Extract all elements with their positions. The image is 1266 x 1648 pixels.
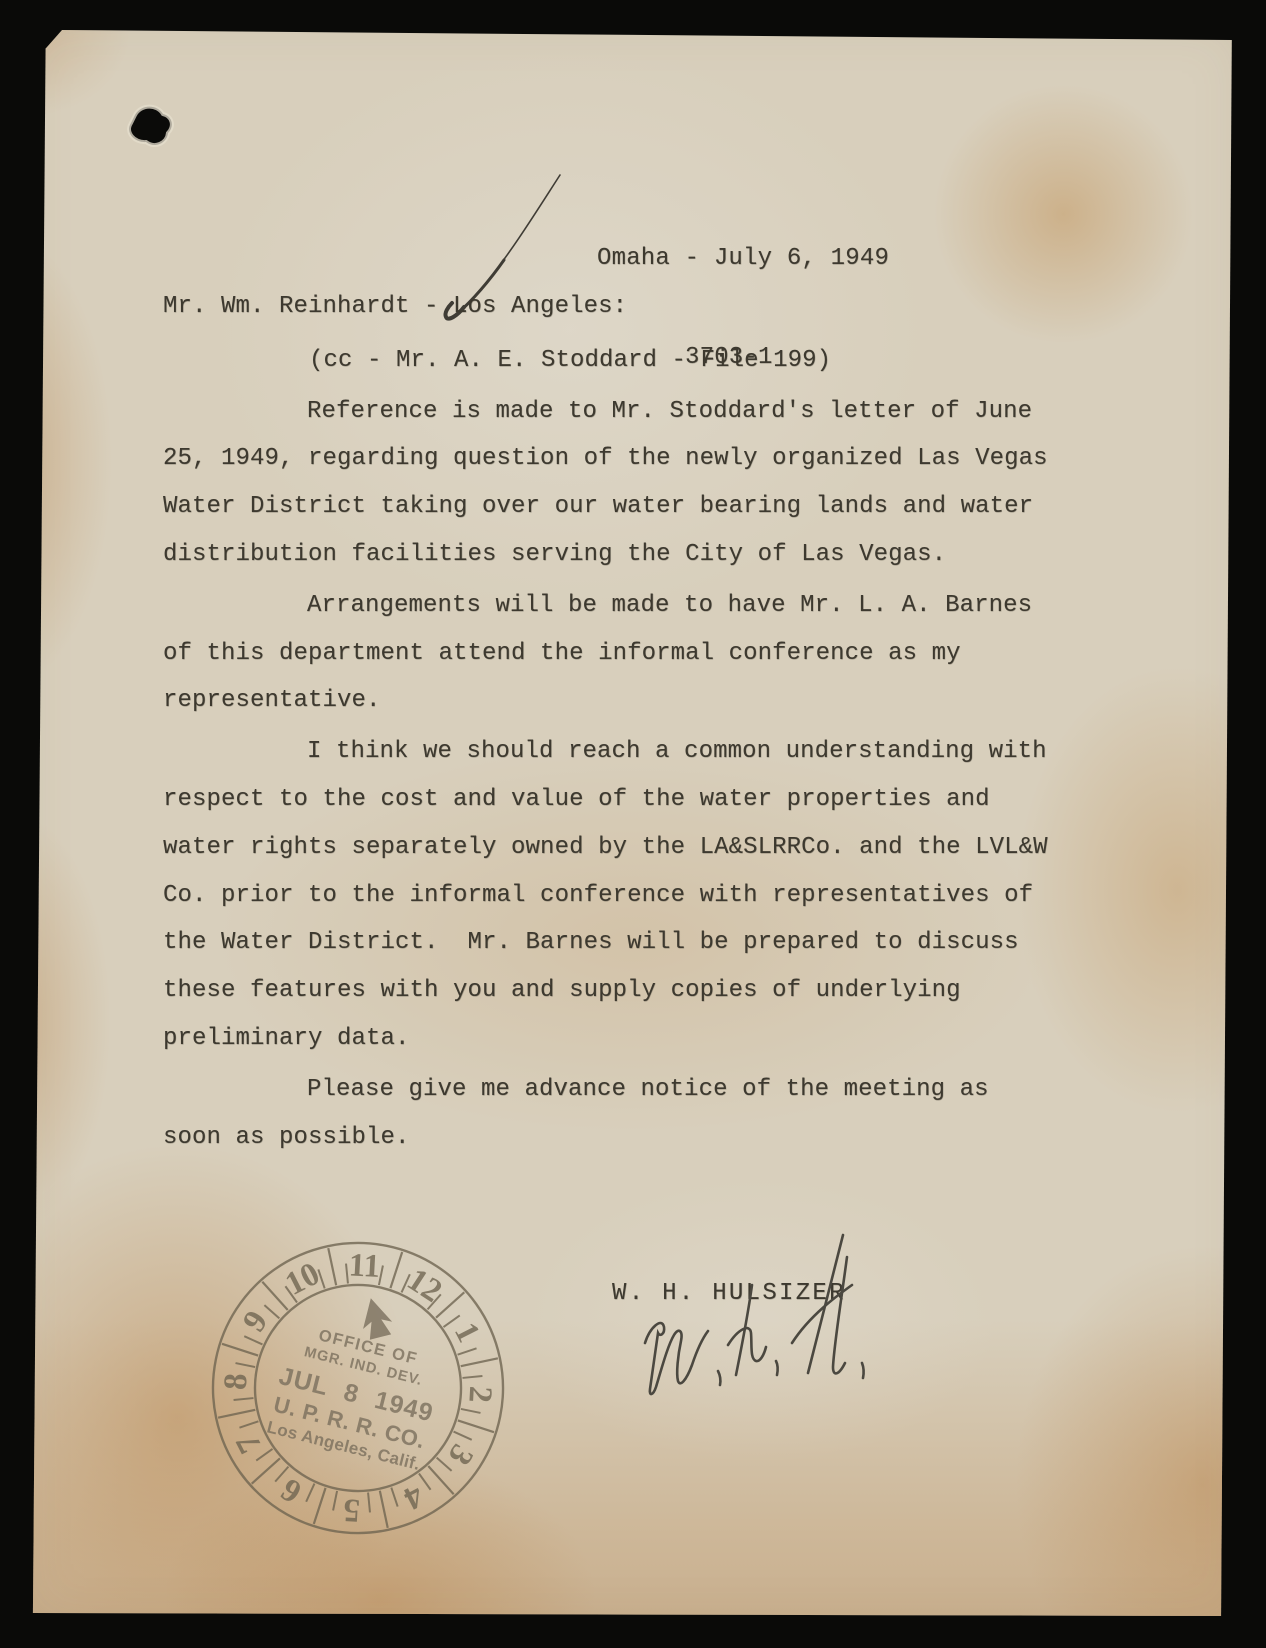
body-line: these features with you and supply copie… <box>163 967 1083 1015</box>
received-stamp: 121234567891011 OFFICE OF MGR. IND. DEV.… <box>203 1233 513 1543</box>
paragraph: I think we should reach a common underst… <box>163 728 1083 1063</box>
stamp-dial-tick <box>437 1458 452 1471</box>
letter-page: Omaha - July 6, 1949 3703-1 Mr. Wm. Rein… <box>0 0 1266 1648</box>
stamp-dial-tick <box>461 1358 498 1366</box>
body-line: Water District taking over our water bea… <box>163 483 1083 531</box>
stamp-dial-number: 4 <box>398 1477 429 1517</box>
body-line: soon as possible. <box>163 1114 1083 1162</box>
recipient-line: Mr. Wm. Reinhardt - Los Angeles: <box>163 283 1083 331</box>
stamp-dial-number: 8 <box>218 1372 255 1390</box>
stamp-dial-tick <box>419 1473 431 1489</box>
dateline: Omaha - July 6, 1949 <box>597 242 889 275</box>
stamp-dial-tick <box>314 1488 326 1524</box>
stamp-dial-number: 11 <box>348 1247 381 1285</box>
stamp-dial-tick <box>234 1398 254 1400</box>
stamp-dial-tick <box>328 1248 336 1285</box>
stamp-dial-tick <box>463 1376 483 1378</box>
body-line: water rights separately owned by the LA&… <box>163 824 1083 872</box>
stamp-dial-number: 2 <box>461 1385 498 1403</box>
stamp-dial-tick <box>239 1421 258 1427</box>
stamp-dial-tick <box>461 1409 481 1413</box>
handwritten-signature <box>600 1215 900 1400</box>
punch-hole <box>115 95 185 160</box>
stamp-dial-tick <box>256 1449 272 1461</box>
body-line: preliminary data. <box>163 1015 1083 1063</box>
paragraph: Please give me advance notice of the mee… <box>163 1066 1083 1162</box>
stamp-dial-tick <box>368 1493 370 1513</box>
cc-line: (cc - Mr. A. E. Stoddard - File 199) <box>163 337 1083 385</box>
stamp-dial-tick <box>306 1484 314 1502</box>
stamp-dial-number: 7 <box>230 1428 270 1459</box>
stamp-dial-tick <box>218 1410 255 1418</box>
stamp-dial-tick <box>244 1336 262 1344</box>
stamp-dial-tick <box>333 1491 337 1511</box>
stamp-dial-tick <box>458 1348 477 1354</box>
body-line: distribution facilities serving the City… <box>163 531 1083 579</box>
stamp-dial-tick <box>390 1252 402 1288</box>
stamp-dial-tick <box>222 1344 258 1356</box>
body-line: Arrangements will be made to have Mr. L.… <box>163 582 1083 630</box>
stamp-dial-tick <box>380 1491 388 1528</box>
body-line: the Water District. Mr. Barnes will be p… <box>163 919 1083 967</box>
body-line: 25, 1949, regarding question of the newl… <box>163 435 1083 483</box>
stamp-dial-tick <box>443 1315 459 1327</box>
body-line: representative. <box>163 677 1083 725</box>
stamp-dial-number: 5 <box>342 1491 360 1528</box>
body-line: I think we should reach a common underst… <box>163 728 1083 776</box>
stamp-dial-tick <box>236 1363 256 1367</box>
stamp-arrow-icon <box>356 1295 395 1341</box>
stamp-dial-tick <box>346 1264 348 1284</box>
stamp-dial-tick <box>264 1305 279 1318</box>
body-line: of this department attend the informal c… <box>163 630 1083 678</box>
stamp-dial-tick <box>391 1488 397 1507</box>
paragraph: Arrangements will be made to have Mr. L.… <box>163 582 1083 725</box>
stamp-dial-tick <box>275 1467 288 1482</box>
stamp-dial-number: 1 <box>447 1317 487 1348</box>
paragraph: Reference is made to Mr. Stoddard's lett… <box>163 388 1083 579</box>
stamp-dial-tick <box>454 1432 472 1440</box>
letter-body: Mr. Wm. Reinhardt - Los Angeles: (cc - M… <box>163 283 1083 1161</box>
body-line: Please give me advance notice of the mee… <box>163 1066 1083 1114</box>
body-line: Reference is made to Mr. Stoddard's lett… <box>163 388 1083 436</box>
body-line: respect to the cost and value of the wat… <box>163 776 1083 824</box>
body-line: Co. prior to the informal conference wit… <box>163 872 1083 920</box>
scan-background: Omaha - July 6, 1949 3703-1 Mr. Wm. Rein… <box>0 0 1266 1648</box>
stamp-dial-tick <box>458 1420 494 1432</box>
